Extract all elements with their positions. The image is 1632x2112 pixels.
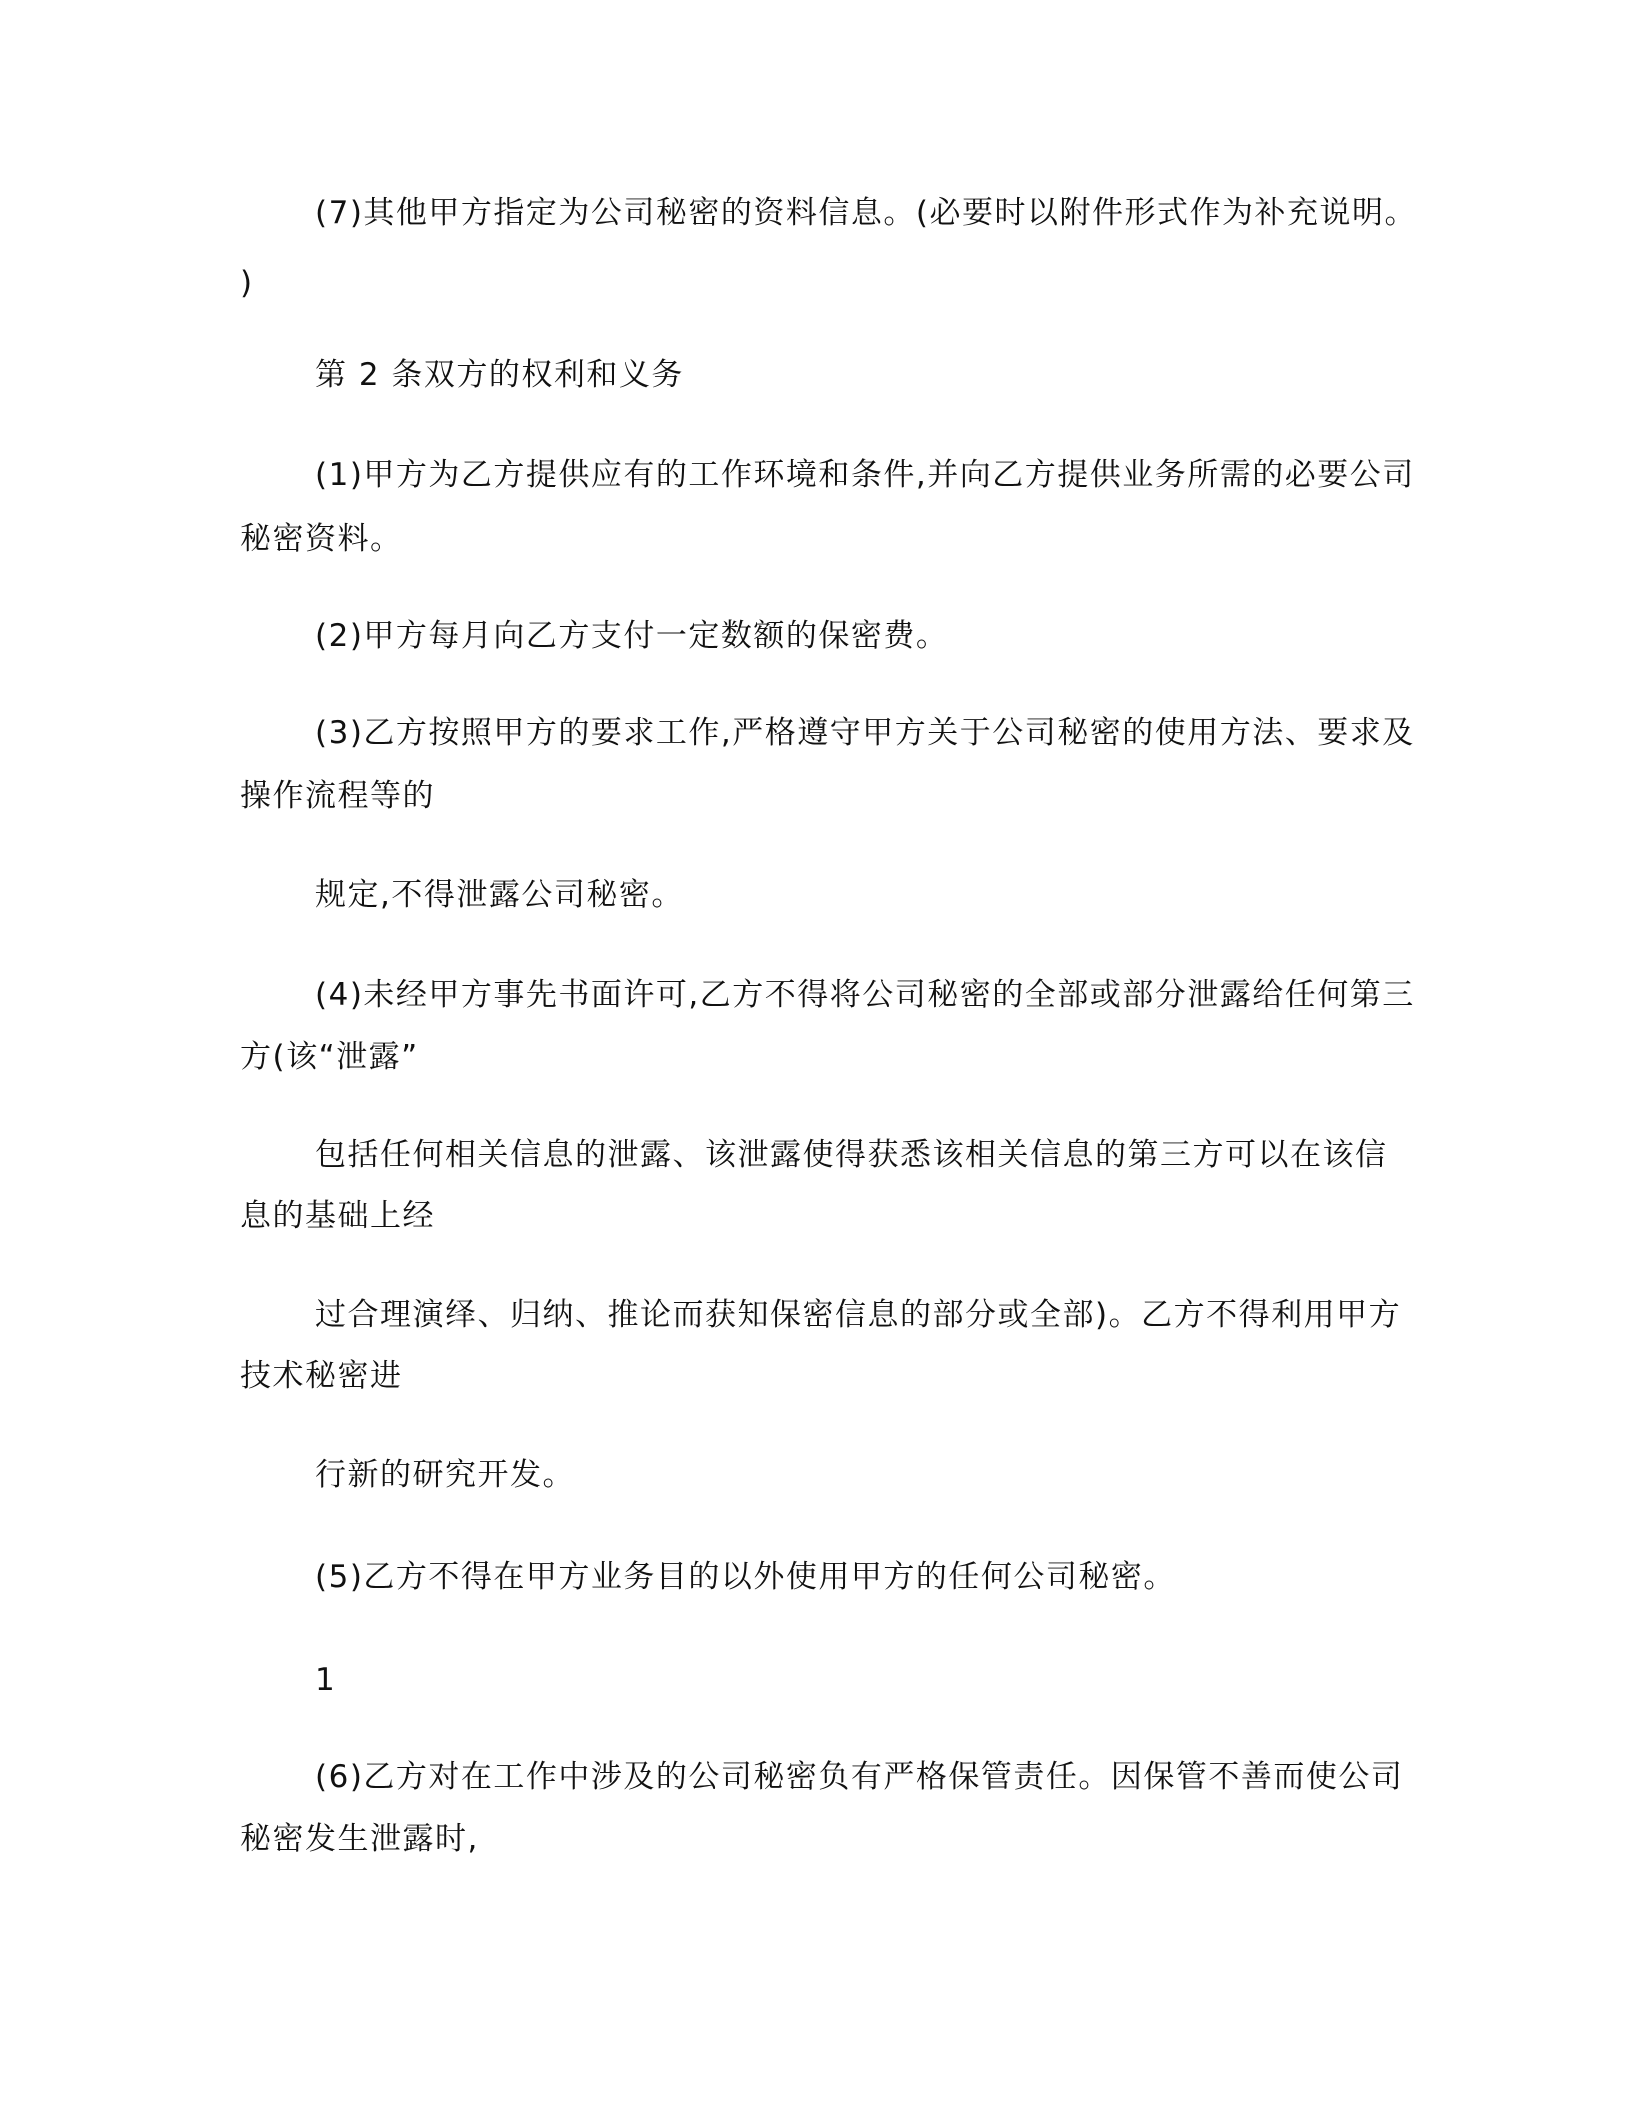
document-page: (7)其他甲方指定为公司秘密的资料信息。(必要时以附件形式作为补充说明。 ) 第… [0, 0, 1632, 2112]
page-number: 1 [315, 1660, 336, 1700]
clause-item-4: (4)未经甲方事先书面许可,乙方不得将公司秘密的全部或部分泄露给任何第三 [315, 975, 1415, 1015]
clause-item-5: (5)乙方不得在甲方业务目的以外使用甲方的任何公司秘密。 [315, 1557, 1176, 1597]
clause-item-3: (3)乙方按照甲方的要求工作,严格遵守甲方关于公司秘密的使用方法、要求及 [315, 713, 1415, 753]
clause-item-6-continuation: 秘密发生泄露时, [240, 1819, 479, 1859]
clause-item-4-paragraph-2: 包括任何相关信息的泄露、该泄露使得获悉该相关信息的第三方可以在该信 [315, 1135, 1388, 1175]
clause-item-7-continuation: ) [240, 263, 254, 303]
clause-item-7: (7)其他甲方指定为公司秘密的资料信息。(必要时以附件形式作为补充说明。 [315, 193, 1417, 233]
clause-item-4-paragraph-3-continuation: 技术秘密进 [240, 1356, 403, 1396]
clause-item-4-continuation: 方(该“泄露” [240, 1037, 419, 1077]
clause-item-1: (1)甲方为乙方提供应有的工作环境和条件,并向乙方提供业务所需的必要公司 [315, 455, 1415, 495]
clause-item-1-continuation: 秘密资料。 [240, 519, 403, 559]
clause-item-2: (2)甲方每月向乙方支付一定数额的保密费。 [315, 616, 948, 656]
clause-item-4-paragraph-2-continuation: 息的基础上经 [240, 1196, 435, 1236]
clause-item-3-paragraph-2: 规定,不得泄露公司秘密。 [315, 875, 684, 915]
article-2-heading: 第 2 条双方的权利和义务 [315, 355, 684, 395]
clause-item-6: (6)乙方对在工作中涉及的公司秘密负有严格保管责任。因保管不善而使公司 [315, 1757, 1403, 1797]
clause-item-4-paragraph-3: 过合理演绎、归纳、推论而获知保密信息的部分或全部)。乙方不得利用甲方 [315, 1295, 1401, 1335]
clause-item-4-paragraph-4: 行新的研究开发。 [315, 1455, 575, 1495]
clause-item-3-continuation: 操作流程等的 [240, 776, 435, 816]
